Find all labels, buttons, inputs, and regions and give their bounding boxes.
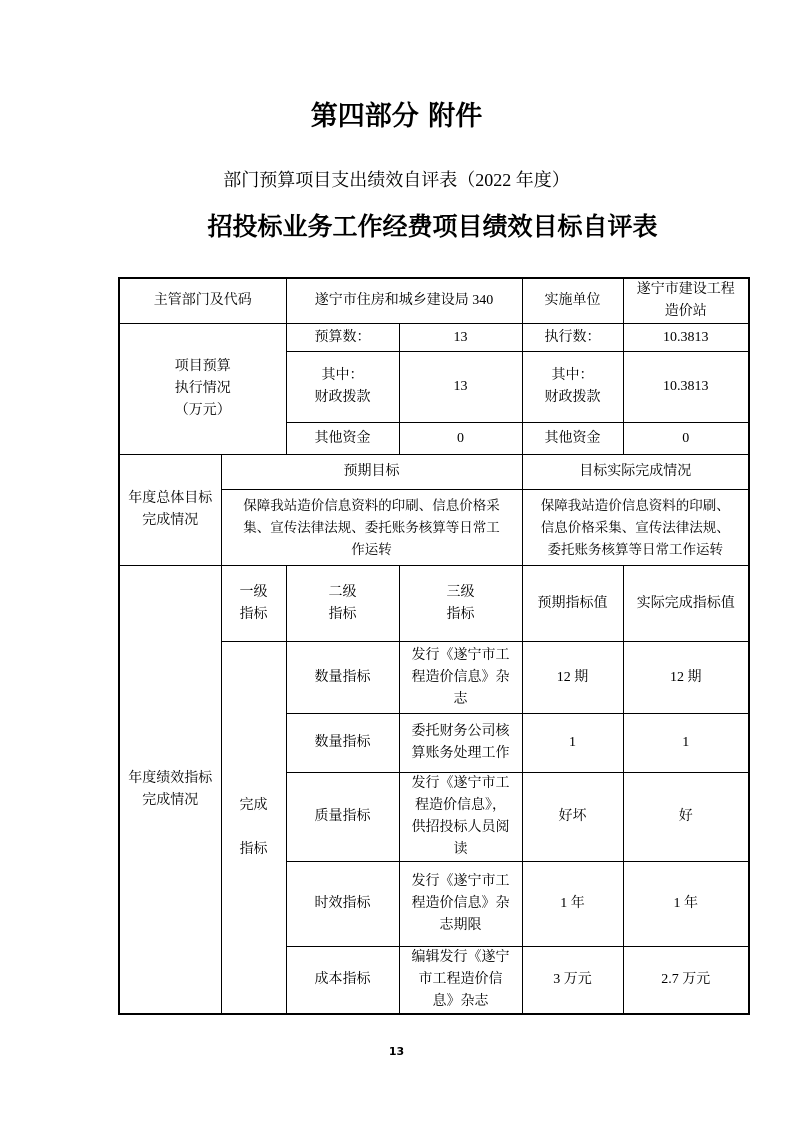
table-row: 年度总体目标 完成情况 预期目标 目标实际完成情况 [119,455,749,490]
part-title: 第四部分 附件 [0,101,793,133]
exec-label-cell: 执行数： [522,324,623,352]
budget-label-cell: 预算数： [286,324,399,352]
expected-indicator-header-cell: 预期指标值 [522,566,623,642]
annual-goal-label-cell: 年度总体目标 完成情况 [119,455,221,566]
budget-value-cell: 13 [399,352,522,423]
level3-cell: 发行《遂宁市工 程造价信息》， 供招投标人员阅 读 [399,773,522,862]
exec-value-cell: 0 [623,423,749,455]
budget-label-cell: 其他资金 [286,423,399,455]
table-row: 项目预算 执行情况 （万元） 预算数： 13 执行数： 10.3813 [119,324,749,352]
dept-label-cell: 主管部门及代码 [119,278,286,324]
actual-goal-text-cell: 保障我站造价信息资料的印刷、 信息价格采集、宣传法律法规、 委托账务核算等日常工… [522,490,749,566]
level2-header-cell: 二级 指标 [286,566,399,642]
actual-value-cell: 1 年 [623,862,749,947]
page-number: 13 [0,1045,793,1058]
unit-value-cell: 遂宁市建设工程 造价站 [623,278,749,324]
form-subtitle: 部门预算项目支出绩效自评表（2022 年度） [0,167,793,193]
budget-value-cell: 0 [399,423,522,455]
exec-value-cell: 10.3813 [623,352,749,423]
level1-value-cell: 完成 指标 [221,642,286,1015]
exec-value-cell: 10.3813 [623,324,749,352]
level2-cell: 数量指标 [286,642,399,714]
exec-label-cell: 其他资金 [522,423,623,455]
expected-value-cell: 3 万元 [522,947,623,1015]
exec-label-cell: 其中： 财政拨款 [522,352,623,423]
performance-section-label-cell: 年度绩效指标 完成情况 [119,566,221,1015]
level1-header-cell: 一级 指标 [221,566,286,642]
level2-cell: 数量指标 [286,714,399,773]
actual-value-cell: 1 [623,714,749,773]
table-title: 招投标业务工作经费项目绩效目标自评表 [0,211,793,245]
level3-cell: 委托财务公司核 算账务处理工作 [399,714,522,773]
budget-value-cell: 13 [399,324,522,352]
level2-cell: 时效指标 [286,862,399,947]
level3-cell: 编辑发行《遂宁 市工程造价信 息》杂志 [399,947,522,1015]
expected-value-cell: 1 [522,714,623,773]
expected-value-cell: 好坏 [522,773,623,862]
table-row: 主管部门及代码 遂宁市住房和城乡建设局 340 实施单位 遂宁市建设工程 造价站 [119,278,749,324]
dept-value-cell: 遂宁市住房和城乡建设局 340 [286,278,522,324]
actual-value-cell: 2.7 万元 [623,947,749,1015]
expected-goal-header-cell: 预期目标 [221,455,522,490]
actual-value-cell: 12 期 [623,642,749,714]
expected-goal-text-cell: 保障我站造价信息资料的印刷、信息价格采 集、宣传法律法规、委托账务核算等日常工 … [221,490,522,566]
performance-self-evaluation-table: 主管部门及代码 遂宁市住房和城乡建设局 340 实施单位 遂宁市建设工程 造价站… [118,277,750,1015]
level2-cell: 成本指标 [286,947,399,1015]
unit-label-cell: 实施单位 [522,278,623,324]
actual-indicator-header-cell: 实际完成指标值 [623,566,749,642]
document-page: 第四部分 附件 部门预算项目支出绩效自评表（2022 年度） 招投标业务工作经费… [0,0,793,1122]
actual-value-cell: 好 [623,773,749,862]
table-row: 年度绩效指标 完成情况 一级 指标 二级 指标 三级 指标 预期指标值 实际完成… [119,566,749,642]
level2-cell: 质量指标 [286,773,399,862]
expected-value-cell: 1 年 [522,862,623,947]
level3-cell: 发行《遂宁市工 程造价信息》杂 志 [399,642,522,714]
level3-header-cell: 三级 指标 [399,566,522,642]
budget-section-label-cell: 项目预算 执行情况 （万元） [119,324,286,455]
actual-goal-header-cell: 目标实际完成情况 [522,455,749,490]
level3-cell: 发行《遂宁市工 程造价信息》杂 志期限 [399,862,522,947]
expected-value-cell: 12 期 [522,642,623,714]
budget-label-cell: 其中： 财政拨款 [286,352,399,423]
